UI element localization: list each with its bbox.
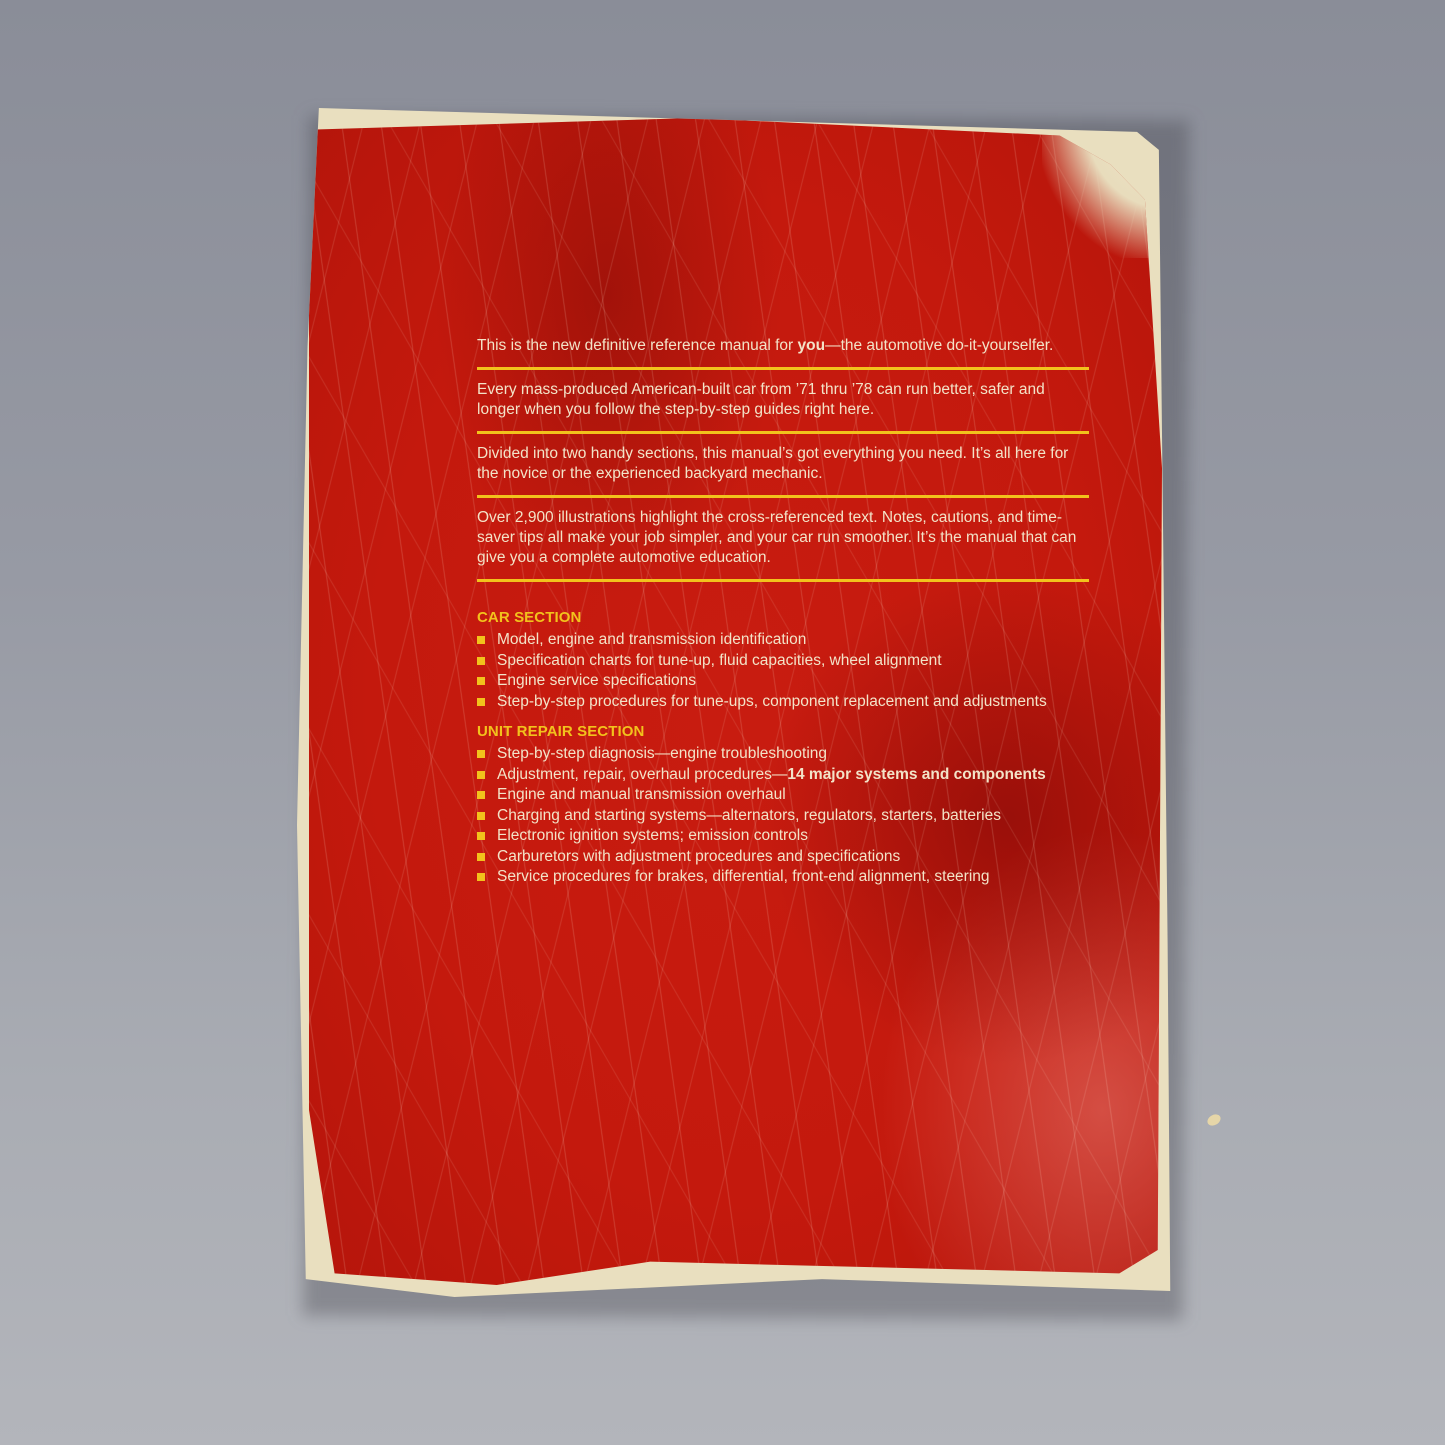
intro-paragraph: This is the new definitive reference man… (477, 333, 1089, 362)
list-item-text: Model, engine and transmission identific… (497, 631, 806, 648)
square-bullet-icon (477, 698, 485, 706)
square-bullet-icon (477, 677, 485, 685)
list-item: Step-by-step procedures for tune-ups, co… (477, 692, 1089, 713)
square-bullet-icon (477, 812, 485, 820)
list-item-text: Engine and manual transmission overhaul (497, 786, 786, 803)
paragraph-text: —the automotive do-it-yourselfer. (825, 337, 1053, 354)
list-item: Electronic ignition systems; emission co… (477, 826, 1089, 847)
square-bullet-icon (477, 791, 485, 799)
square-bullet-icon (477, 636, 485, 644)
yellow-rule (477, 579, 1089, 582)
square-bullet-icon (477, 832, 485, 840)
paragraph-text: This is the new definitive reference man… (477, 337, 798, 354)
worn-corner (1042, 118, 1162, 258)
emphasis-text: 14 major systems and components (787, 766, 1045, 783)
yellow-rule (477, 367, 1089, 370)
list-item: Step-by-step diagnosis—engine troublesho… (477, 744, 1089, 765)
list-item-text: Engine service specifications (497, 672, 696, 689)
yellow-rule (477, 431, 1089, 434)
square-bullet-icon (477, 873, 485, 881)
list-item: Carburetors with adjustment procedures a… (477, 847, 1089, 868)
yellow-rule (477, 495, 1089, 498)
list-item: Charging and starting systems—alternator… (477, 806, 1089, 827)
list-item-text: Step-by-step diagnosis—engine troublesho… (497, 745, 827, 762)
list-item-text: Charging and starting systems—alternator… (497, 807, 1001, 824)
unit-repair-section-heading: UNIT REPAIR SECTION (477, 722, 1089, 742)
book: This is the new definitive reference man… (297, 108, 1172, 1303)
list-item: Model, engine and transmission identific… (477, 630, 1089, 651)
list-item-text: Step-by-step procedures for tune-ups, co… (497, 693, 1047, 710)
list-item-text: Specification charts for tune-up, fluid … (497, 652, 942, 669)
list-item: Service procedures for brakes, different… (477, 867, 1089, 888)
list-item-text: Service procedures for brakes, different… (497, 868, 990, 885)
cover-text-block: This is the new definitive reference man… (477, 333, 1089, 888)
unit-repair-section-list: Step-by-step diagnosis—engine troublesho… (477, 744, 1089, 888)
car-section-list: Model, engine and transmission identific… (477, 630, 1089, 712)
list-item-text: Electronic ignition systems; emission co… (497, 827, 808, 844)
back-cover: This is the new definitive reference man… (309, 118, 1162, 1285)
illustrations-paragraph: Over 2,900 illustrations highlight the c… (477, 505, 1089, 574)
square-bullet-icon (477, 750, 485, 758)
square-bullet-icon (477, 853, 485, 861)
list-item-text: Carburetors with adjustment procedures a… (497, 848, 900, 865)
list-item: Engine service specifications (477, 671, 1089, 692)
list-item: Engine and manual transmission overhaul (477, 785, 1089, 806)
sections-paragraph: Divided into two handy sections, this ma… (477, 441, 1089, 490)
car-section-heading: CAR SECTION (477, 608, 1089, 628)
emphasis-text: you (798, 337, 826, 354)
square-bullet-icon (477, 771, 485, 779)
paper-crumb (1205, 1112, 1222, 1128)
list-item: Adjustment, repair, overhaul procedures—… (477, 765, 1089, 786)
list-item-text: Adjustment, repair, overhaul procedures— (497, 766, 787, 783)
list-item: Specification charts for tune-up, fluid … (477, 651, 1089, 672)
square-bullet-icon (477, 657, 485, 665)
cars-paragraph: Every mass-produced American-built car f… (477, 377, 1089, 426)
